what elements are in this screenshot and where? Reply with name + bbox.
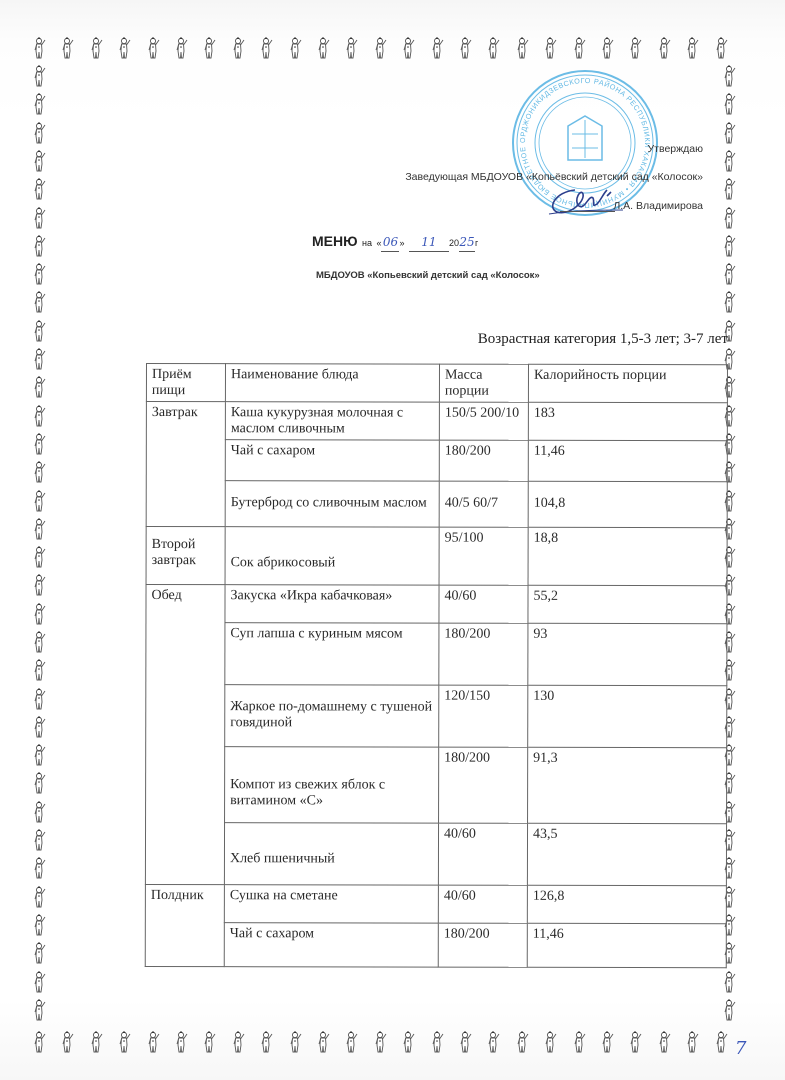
child-figure-icon (723, 121, 739, 145)
menu-title: МЕНЮ на «06» 112025г (312, 233, 478, 252)
child-figure-icon (33, 319, 49, 343)
child-figure-icon (33, 715, 49, 739)
child-figure-icon (175, 1030, 191, 1054)
child-figure-icon (715, 36, 731, 60)
mass-cell: 40/60 (438, 885, 527, 923)
meal-cell: Завтрак (146, 402, 225, 527)
child-figure-icon (61, 36, 77, 60)
dish-cell: Сушка на сметане (224, 885, 438, 923)
child-figure-icon (260, 1030, 276, 1054)
menu-date-year-unit: г (475, 238, 478, 248)
header-meal: Приём пищи (146, 364, 225, 402)
child-figure-icon (33, 460, 49, 484)
mass-cell: 95/100 (439, 527, 528, 585)
child-figure-icon (723, 92, 739, 116)
table-row: Хлеб пшеничный 40/60 43,5 (145, 823, 726, 886)
child-figure-icon (487, 1030, 503, 1054)
approval-position: Заведующая МБДОУОВ «Копьёвский детский с… (405, 171, 703, 183)
calories-cell: 18,8 (528, 527, 727, 585)
child-figure-icon (33, 375, 49, 399)
meal-cell: Второй завтрак (146, 527, 225, 585)
child-figure-icon (345, 1030, 361, 1054)
child-figure-icon (33, 64, 49, 88)
child-figure-icon (147, 1030, 163, 1054)
child-figure-icon (459, 1030, 475, 1054)
child-figure-icon (33, 177, 49, 201)
child-figure-icon (33, 36, 49, 60)
child-figure-icon (629, 36, 645, 60)
child-figure-icon (33, 489, 49, 513)
header-mass: Масса порции (439, 364, 528, 402)
calories-cell: 93 (528, 623, 727, 685)
child-figure-icon (90, 36, 106, 60)
child-figure-icon (658, 36, 674, 60)
child-figure-icon (601, 36, 617, 60)
child-figure-icon (374, 36, 390, 60)
child-figure-icon (402, 36, 418, 60)
child-figure-icon (33, 913, 49, 937)
child-figure-icon (573, 1030, 589, 1054)
child-figure-icon (289, 1030, 305, 1054)
child-figure-icon (33, 573, 49, 597)
meal-cell: Обед (145, 585, 225, 885)
child-figure-icon (686, 36, 702, 60)
table-row: Жаркое по-домашнему с тушеной говядиной … (146, 685, 727, 748)
child-figure-icon (33, 941, 49, 965)
child-figure-icon (723, 206, 739, 230)
child-figure-icon (33, 262, 49, 286)
child-figure-icon (232, 1030, 248, 1054)
menu-date-day: 06 (383, 235, 398, 249)
child-figure-icon (723, 262, 739, 286)
child-figure-icon (573, 36, 589, 60)
child-figure-icon (723, 149, 739, 173)
table-row: Бутерброд со сливочным маслом 40/5 60/7 … (146, 481, 727, 528)
child-figure-icon (118, 1030, 134, 1054)
dish-cell: Суп лапша с куриным мясом (225, 623, 439, 685)
child-figure-icon (459, 36, 475, 60)
mass-cell: 120/150 (439, 685, 528, 747)
child-figure-icon (33, 206, 49, 230)
dish-cell: Бутерброд со сливочным маслом (225, 481, 439, 527)
child-figure-icon (33, 743, 49, 767)
child-figure-icon (33, 602, 49, 626)
table-row: Суп лапша с куриным мясом 180/200 93 (146, 623, 727, 686)
dish-cell: Жаркое по-домашнему с тушеной говядиной (225, 685, 439, 747)
page-number: 7 (735, 1038, 746, 1059)
child-figure-icon (33, 630, 49, 654)
child-figure-icon (431, 36, 447, 60)
child-figure-icon (33, 658, 49, 682)
menu-title-on: на (362, 238, 372, 248)
child-figure-icon (289, 36, 305, 60)
child-figure-icon (203, 36, 219, 60)
dish-cell: Каша кукурузная молочная с маслом сливоч… (225, 402, 439, 440)
table-row: Полдник Сушка на сметане 40/60 126,8 (145, 884, 726, 923)
calories-cell: 43,5 (527, 823, 726, 885)
child-figure-icon (61, 1030, 77, 1054)
child-figure-icon (516, 1030, 532, 1054)
child-figure-icon (33, 92, 49, 116)
child-figure-icon (723, 234, 739, 258)
mass-cell: 180/200 (439, 747, 528, 823)
child-figure-icon (33, 687, 49, 711)
child-figure-icon (686, 1030, 702, 1054)
header-calories: Калорийность порции (528, 364, 727, 402)
child-figure-icon (147, 36, 163, 60)
table-row: Завтрак Каша кукурузная молочная с масло… (146, 402, 727, 441)
child-figure-icon (33, 234, 49, 258)
calories-cell: 126,8 (527, 885, 726, 923)
child-figure-icon (516, 36, 532, 60)
child-figure-icon (33, 998, 49, 1022)
menu-table: Приём пищи Наименование блюда Масса порц… (145, 363, 728, 968)
child-figure-icon (33, 149, 49, 173)
mass-cell: 180/200 (438, 923, 527, 967)
menu-date-year-prefix: 20 (449, 238, 459, 248)
child-figure-icon (33, 856, 49, 880)
menu-date-year-suffix: 25 (459, 235, 474, 249)
child-figure-icon (601, 1030, 617, 1054)
child-figure-icon (487, 36, 503, 60)
child-figure-icon (118, 36, 134, 60)
child-figure-icon (232, 36, 248, 60)
mass-cell: 40/60 (439, 585, 528, 623)
signature-line (560, 211, 615, 212)
calories-cell: 55,2 (528, 585, 727, 623)
calories-cell: 130 (528, 685, 727, 747)
child-figure-icon (33, 828, 49, 852)
calories-cell: 11,46 (527, 923, 726, 967)
child-figure-icon (345, 36, 361, 60)
menu-date-month: 11 (421, 235, 436, 249)
child-figure-icon (544, 36, 560, 60)
child-figure-icon (317, 1030, 333, 1054)
organization-name: МБДОУОВ «Копьевский детский сад «Колосок… (316, 270, 540, 281)
table-header-row: Приём пищи Наименование блюда Масса порц… (146, 364, 727, 403)
child-figure-icon (723, 290, 739, 314)
child-figure-icon (90, 1030, 106, 1054)
dish-cell: Чай с сахаром (224, 923, 438, 967)
calories-cell: 11,46 (528, 440, 727, 481)
dish-cell: Чай с сахаром (225, 440, 439, 481)
child-figure-icon (723, 998, 739, 1022)
child-figure-icon (431, 1030, 447, 1054)
child-figure-icon (33, 347, 49, 371)
header-dish: Наименование блюда (225, 364, 439, 402)
child-figure-icon (715, 1030, 731, 1054)
mass-cell: 40/60 (438, 823, 527, 885)
child-figure-icon (33, 771, 49, 795)
dish-cell: Сок абрикосовый (225, 527, 439, 585)
child-figure-icon (658, 1030, 674, 1054)
child-figure-icon (402, 1030, 418, 1054)
table-row: Чай с сахаром 180/200 11,46 (145, 922, 726, 967)
child-figure-icon (33, 404, 49, 428)
calories-cell: 104,8 (528, 481, 727, 527)
mass-cell: 40/5 60/7 (439, 481, 528, 527)
child-figure-icon (723, 64, 739, 88)
child-figure-icon (203, 1030, 219, 1054)
child-figure-icon (374, 1030, 390, 1054)
menu-title-word: МЕНЮ (312, 233, 358, 249)
child-figure-icon (33, 432, 49, 456)
calories-cell: 91,3 (528, 747, 727, 823)
child-figure-icon (33, 970, 49, 994)
dish-cell: Хлеб пшеничный (224, 823, 438, 885)
child-figure-icon (723, 970, 739, 994)
table-row: Компот из свежих яблок с витамином «С» 1… (146, 747, 727, 824)
child-figure-icon (33, 885, 49, 909)
meal-cell: Полдник (145, 884, 224, 966)
child-figure-icon (33, 517, 49, 541)
child-figure-icon (260, 36, 276, 60)
quote-close: » (399, 238, 404, 248)
child-figure-icon (33, 1030, 49, 1054)
dish-cell: Компот из свежих яблок с витамином «С» (225, 747, 439, 823)
child-figure-icon (175, 36, 191, 60)
child-figure-icon (317, 36, 333, 60)
child-figure-icon (33, 121, 49, 145)
table-row: Обед Закуска «Икра кабачковая» 40/60 55,… (146, 585, 727, 624)
child-figure-icon (629, 1030, 645, 1054)
calories-cell: 183 (528, 402, 727, 440)
mass-cell: 150/5 200/10 (439, 402, 528, 440)
age-category: Возрастная категория 1,5-3 лет; 3-7 лет (478, 331, 728, 348)
mass-cell: 180/200 (439, 440, 528, 481)
dish-cell: Закуска «Икра кабачковая» (225, 585, 439, 623)
child-figure-icon (33, 800, 49, 824)
child-figure-icon (544, 1030, 560, 1054)
approval-name: Л.А. Владимирова (613, 200, 703, 212)
mass-cell: 180/200 (439, 623, 528, 685)
table-row: Второй завтрак Сок абрикосовый 95/100 18… (146, 527, 727, 586)
child-figure-icon (33, 290, 49, 314)
child-figure-icon (723, 177, 739, 201)
table-row: Чай с сахаром 180/200 11,46 (146, 440, 727, 482)
approval-label: Утверждаю (648, 143, 703, 155)
child-figure-icon (33, 545, 49, 569)
